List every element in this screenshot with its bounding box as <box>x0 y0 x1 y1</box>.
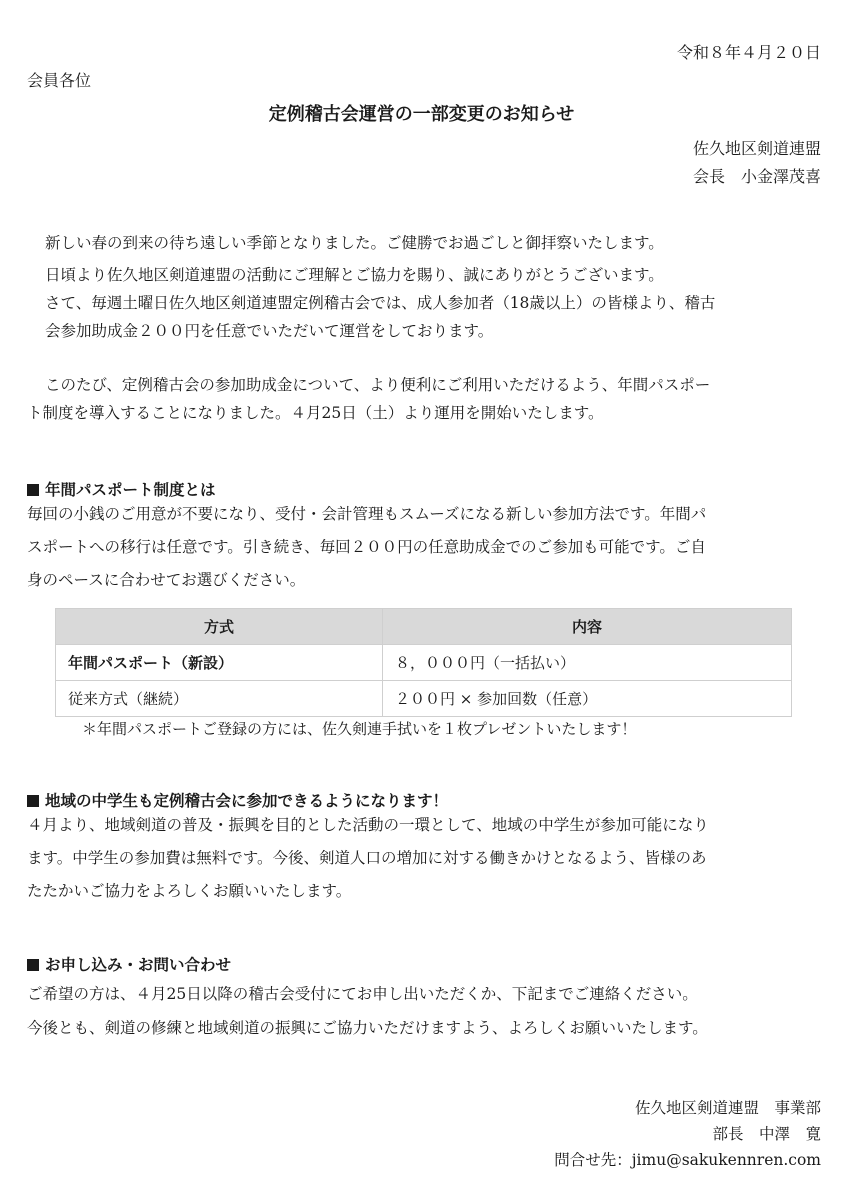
section3-line1: ご希望の方は、４月25日以降の稽古会受付にてお申し出いただくか、下記までご連絡く… <box>27 980 827 1008</box>
table-cell-content: ２００円 × 参加回数（任意） <box>383 681 792 717</box>
document-title: 定例稽古会運営の一部変更のお知らせ <box>0 100 843 126</box>
section1-line2: スポートへの移行は任意です。引き続き、毎回２００円の任意助成金でのご参加も可能で… <box>27 533 827 561</box>
addressee: 会員各位 <box>27 68 91 91</box>
section1-line1: 毎回の小銭のご用意が不要になり、受付・会計管理もスムーズになる新しい参加方法です… <box>27 500 827 528</box>
passport-bonus-note: ＊年間パスポートご登録の方には、佐久剣連手拭いを１枚プレゼントいたします！ <box>82 718 636 739</box>
section1-line3: 身のペースに合わせてお選びください。 <box>27 566 827 594</box>
intro-current-fee-line2: 会参加助成金２００円を任意でいただいて運営をしております。 <box>27 317 843 345</box>
section-heading-annual-passport: 年間パスポート制度とは <box>27 478 216 500</box>
intro-greeting: 新しい春の到来の待ち遠しい季節となりました。ご健勝でお過ごしと御拝察いたします。 <box>27 229 843 257</box>
contact-email-link[interactable]: jimu@sakukennren.com <box>632 1151 821 1169</box>
document-date: 令和８年４月２０日 <box>677 40 821 63</box>
intro-current-fee-line1: さて、毎週土曜日佐久地区剣道連盟定例稽古会では、成人参加者（18歳以上）の皆様よ… <box>27 289 843 317</box>
intro-announcement-line2: ト制度を導入することになりました。４月25日（土）より運用を開始いたします。 <box>27 399 827 427</box>
section2-line1: ４月より、地域剣道の普及・振興を目的とした活動の一環として、地域の中学生が参加可… <box>27 811 827 839</box>
section-heading-text: お申し込み・お問い合わせ <box>45 955 231 974</box>
table-row: 従来方式（継続） ２００円 × 参加回数（任意） <box>56 681 792 717</box>
intro-thanks: 日頃より佐久地区剣道連盟の活動にご理解とご協力を賜り、誠にありがとうございます。 <box>27 261 843 289</box>
footer-organization: 佐久地区剣道連盟 事業部 <box>635 1096 821 1118</box>
section3-line2: 今後とも、剣道の修練と地域剣道の振興にご協力いただけますよう、よろしくお願いいた… <box>27 1014 827 1042</box>
footer-contact: 問合せ先：jimu@sakukennren.com <box>554 1148 821 1170</box>
table-cell-method: 年間パスポート（新設） <box>56 645 383 681</box>
column-header-method: 方式 <box>56 609 383 645</box>
section2-line3: たたかいご協力をよろしくお願いいたします。 <box>27 877 827 905</box>
section-heading-contact: お申し込み・お問い合わせ <box>27 953 231 975</box>
section-heading-junior-high: 地域の中学生も定例稽古会に参加できるようになります！ <box>27 789 448 811</box>
section-heading-text: 年間パスポート制度とは <box>45 480 216 499</box>
table-row: 年間パスポート（新設） ８，０００円（一括払い） <box>56 645 792 681</box>
square-bullet-icon <box>27 795 39 807</box>
section-heading-text: 地域の中学生も定例稽古会に参加できるようになります！ <box>45 791 448 810</box>
table-cell-content: ８，０００円（一括払い） <box>383 645 792 681</box>
table-header-row: 方式 内容 <box>56 609 792 645</box>
section2-line2: ます。中学生の参加費は無料です。今後、剣道人口の増加に対する働きかけとなるよう、… <box>27 844 827 872</box>
fee-plan-table: 方式 内容 年間パスポート（新設） ８，０００円（一括払い） 従来方式（継続） … <box>55 608 792 717</box>
square-bullet-icon <box>27 484 39 496</box>
column-header-content: 内容 <box>383 609 792 645</box>
table-cell-method: 従来方式（継続） <box>56 681 383 717</box>
sender-organization: 佐久地区剣道連盟 <box>693 136 821 159</box>
square-bullet-icon <box>27 959 39 971</box>
sender-person: 会長 小金澤茂喜 <box>693 164 821 187</box>
footer-person: 部長 中澤 寛 <box>712 1122 821 1144</box>
intro-announcement-line1: このたび、定例稽古会の参加助成金について、より便利にご利用いただけるよう、年間パ… <box>27 371 843 399</box>
contact-label: 問合せ先： <box>554 1151 632 1169</box>
